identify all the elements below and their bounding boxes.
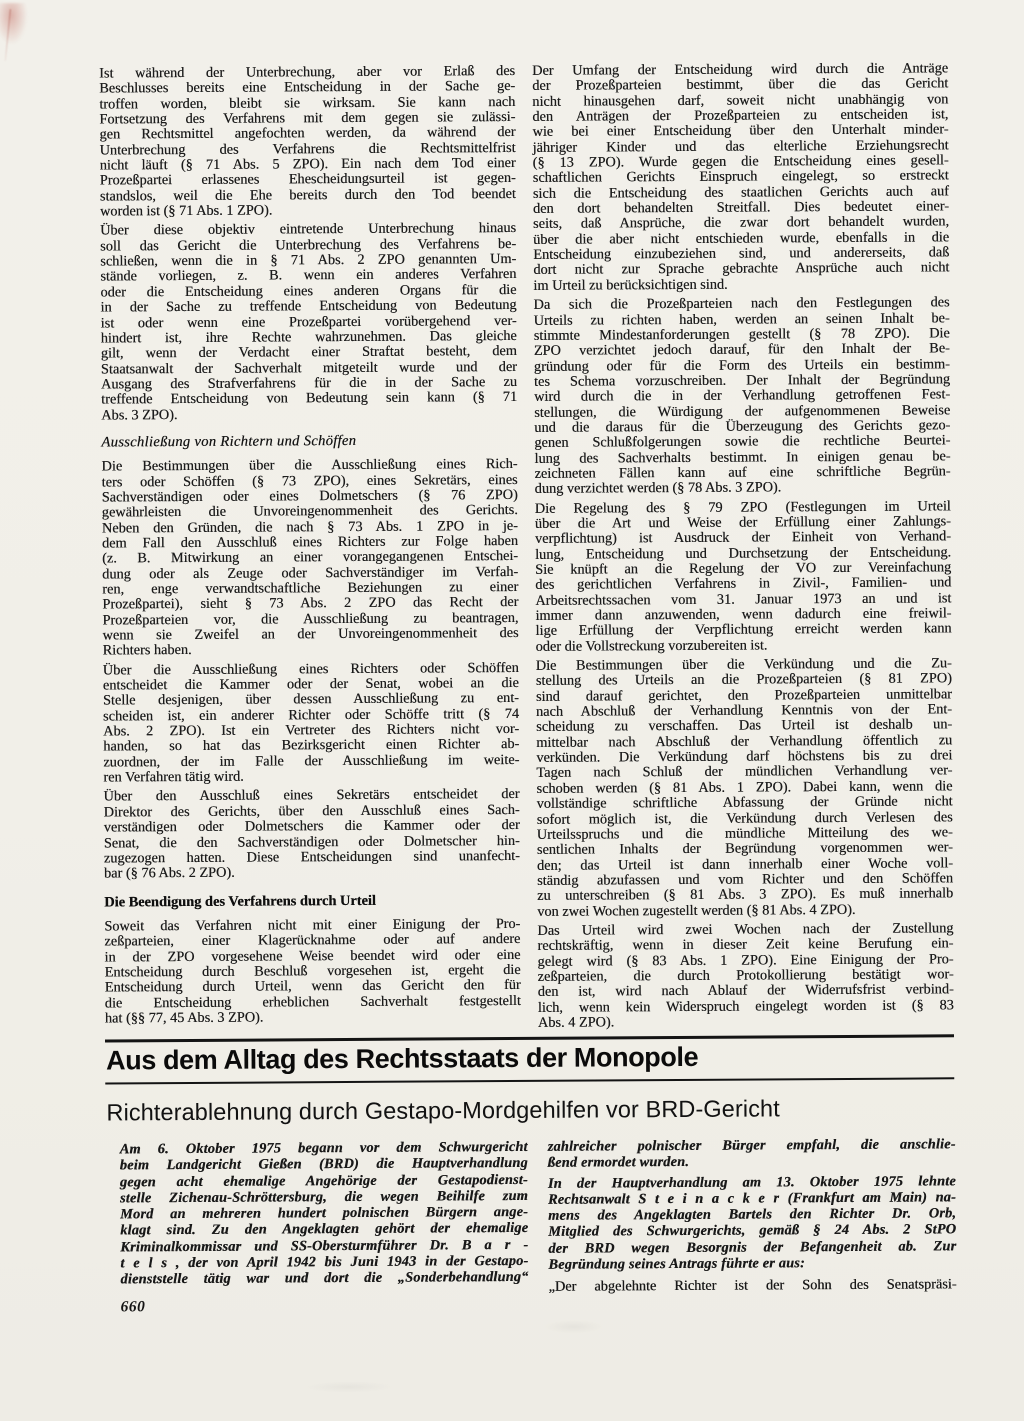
text-line: zugezogen hatten. Diese Entscheidungen s… <box>104 849 520 867</box>
quote-paragraph: „Der abgelehnte Richter ist der Sohn des… <box>548 1277 956 1296</box>
body-paragraph: Ist während der Unterbrechung, aber vor … <box>99 64 516 220</box>
text-line: treffende Entscheidung von Bedeutung sei… <box>101 390 517 408</box>
text-line: worden ist (§ 71 Abs. 1 ZPO). <box>100 202 516 220</box>
body-paragraph: Der Umfang der Entscheidung wird durch d… <box>532 61 949 294</box>
journal-page: Ist während der Unterbrechung, aber vor … <box>0 0 1024 1421</box>
article-title: Richterablehnung durch Gestapo-Mordgehil… <box>106 1094 955 1126</box>
body-paragraph: Da sich die Prozeßparteien nach den Fest… <box>533 295 950 497</box>
section-banner-title: Aus dem Alltag des Rechtsstaats der Mono… <box>106 1040 955 1076</box>
text-line: von zwei Wochen zugestellt werden (§ 81 … <box>537 902 953 920</box>
text-line: oder die Vollstreckung vorzubereiten ist… <box>536 637 952 655</box>
text-line: lich, wenn kein Widerspruch eingelegt wo… <box>538 998 954 1016</box>
article-left-column: Ist während der Unterbrechung, aber vor … <box>99 64 521 1038</box>
body-paragraph: Über diese objektiv eintretende Unterbre… <box>100 221 517 423</box>
page-number: 660 <box>121 1298 146 1316</box>
subsection-heading-italic: Ausschließung von Richtern und Schöffen <box>101 433 517 451</box>
text-line: Richters haben. <box>103 641 519 659</box>
page-content: Ist während der Unterbrechung, aber vor … <box>0 0 1024 1421</box>
text-line: hat (§§ 77, 45 Abs. 3 ZPO). <box>105 1009 521 1027</box>
body-paragraph: Über den Ausschluß eines Sekretärs entsc… <box>103 787 520 882</box>
intro-left-column: Am 6. Oktober 1975 begann vor dem Schwur… <box>120 1139 529 1302</box>
text-line: dienststelle tätig war und dort die „Son… <box>120 1269 528 1288</box>
body-paragraph: Die Bestimmungen über die Verkündung und… <box>536 656 954 919</box>
article-columns: Ist während der Unterbrechung, aber vor … <box>99 61 954 1037</box>
intro-paragraph-italic: zahlreicher polnischer Bürger empfahl, d… <box>548 1136 956 1171</box>
text-line: zahlreicher polnischer Bürger empfahl, d… <box>548 1136 956 1155</box>
body-paragraph: Soweit das Verfahren nicht mit einer Ein… <box>104 917 521 1027</box>
body-paragraph: Über die Ausschließung eines Richters od… <box>103 661 520 786</box>
text-line: zuordnen, der im Falle der Ausschließung… <box>103 753 519 771</box>
intro-columns: Am 6. Oktober 1975 begann vor dem Schwur… <box>120 1136 957 1302</box>
text-line: beim Landgericht Gießen (BRD) die Hauptv… <box>120 1155 528 1174</box>
text-line: dort nicht zur Sprache gebrachte Ansprüc… <box>533 261 949 279</box>
banner-rule-bottom <box>105 1077 954 1084</box>
text-line: Begründung seines Antrags führte er aus: <box>548 1254 956 1273</box>
subsection-heading-bold: Die Beendigung des Verfahrens durch Urte… <box>104 892 520 910</box>
text-line: im Urteil zu berücksichtigen sind. <box>533 276 949 294</box>
scan-artifact-blob <box>304 1381 394 1394</box>
scan-artifact-smudge <box>0 3 28 45</box>
body-paragraph: Das Urteil wird zwei Wochen nach der Zus… <box>537 921 954 1031</box>
text-line: bar (§ 76 Abs. 2 ZPO). <box>104 864 520 882</box>
text-line: Abs. 4 ZPO). <box>538 1013 954 1031</box>
intro-paragraph-italic: Am 6. Oktober 1975 begann vor dem Schwur… <box>120 1139 529 1288</box>
scan-artifact-blob <box>544 1319 604 1333</box>
body-paragraph: Die Bestimmungen über die Ausschließung … <box>101 457 518 659</box>
text-line: Abs. 3 ZPO). <box>101 406 517 424</box>
intro-right-column: zahlreicher polnischer Bürger empfahl, d… <box>548 1136 957 1299</box>
text-line: ßend ermordet wurden. <box>548 1153 956 1172</box>
text-line: die Entscheidung erheblichen Sachverhalt… <box>105 994 521 1012</box>
text-line: „Der abgelehnte Richter ist der Sohn des… <box>548 1277 956 1296</box>
scan-artifact-blob <box>873 1178 913 1208</box>
text-line: der BRD wegen Besorgnis der Befangenheit… <box>548 1238 956 1257</box>
article-right-column: Der Umfang der Entscheidung wird durch d… <box>532 61 954 1035</box>
text-line: wenn sie Zweifel an der Unvoreingenommen… <box>102 626 518 644</box>
text-line: standslos, weil die Ehe bereits durch de… <box>100 187 516 205</box>
text-line: ren Verfahren tätig wird. <box>103 768 519 786</box>
text-line: dung verzichtet werden (§ 78 Abs. 3 ZPO)… <box>535 480 951 498</box>
body-paragraph: Die Regelung des § 79 ZPO (Festlegungen … <box>535 499 952 655</box>
